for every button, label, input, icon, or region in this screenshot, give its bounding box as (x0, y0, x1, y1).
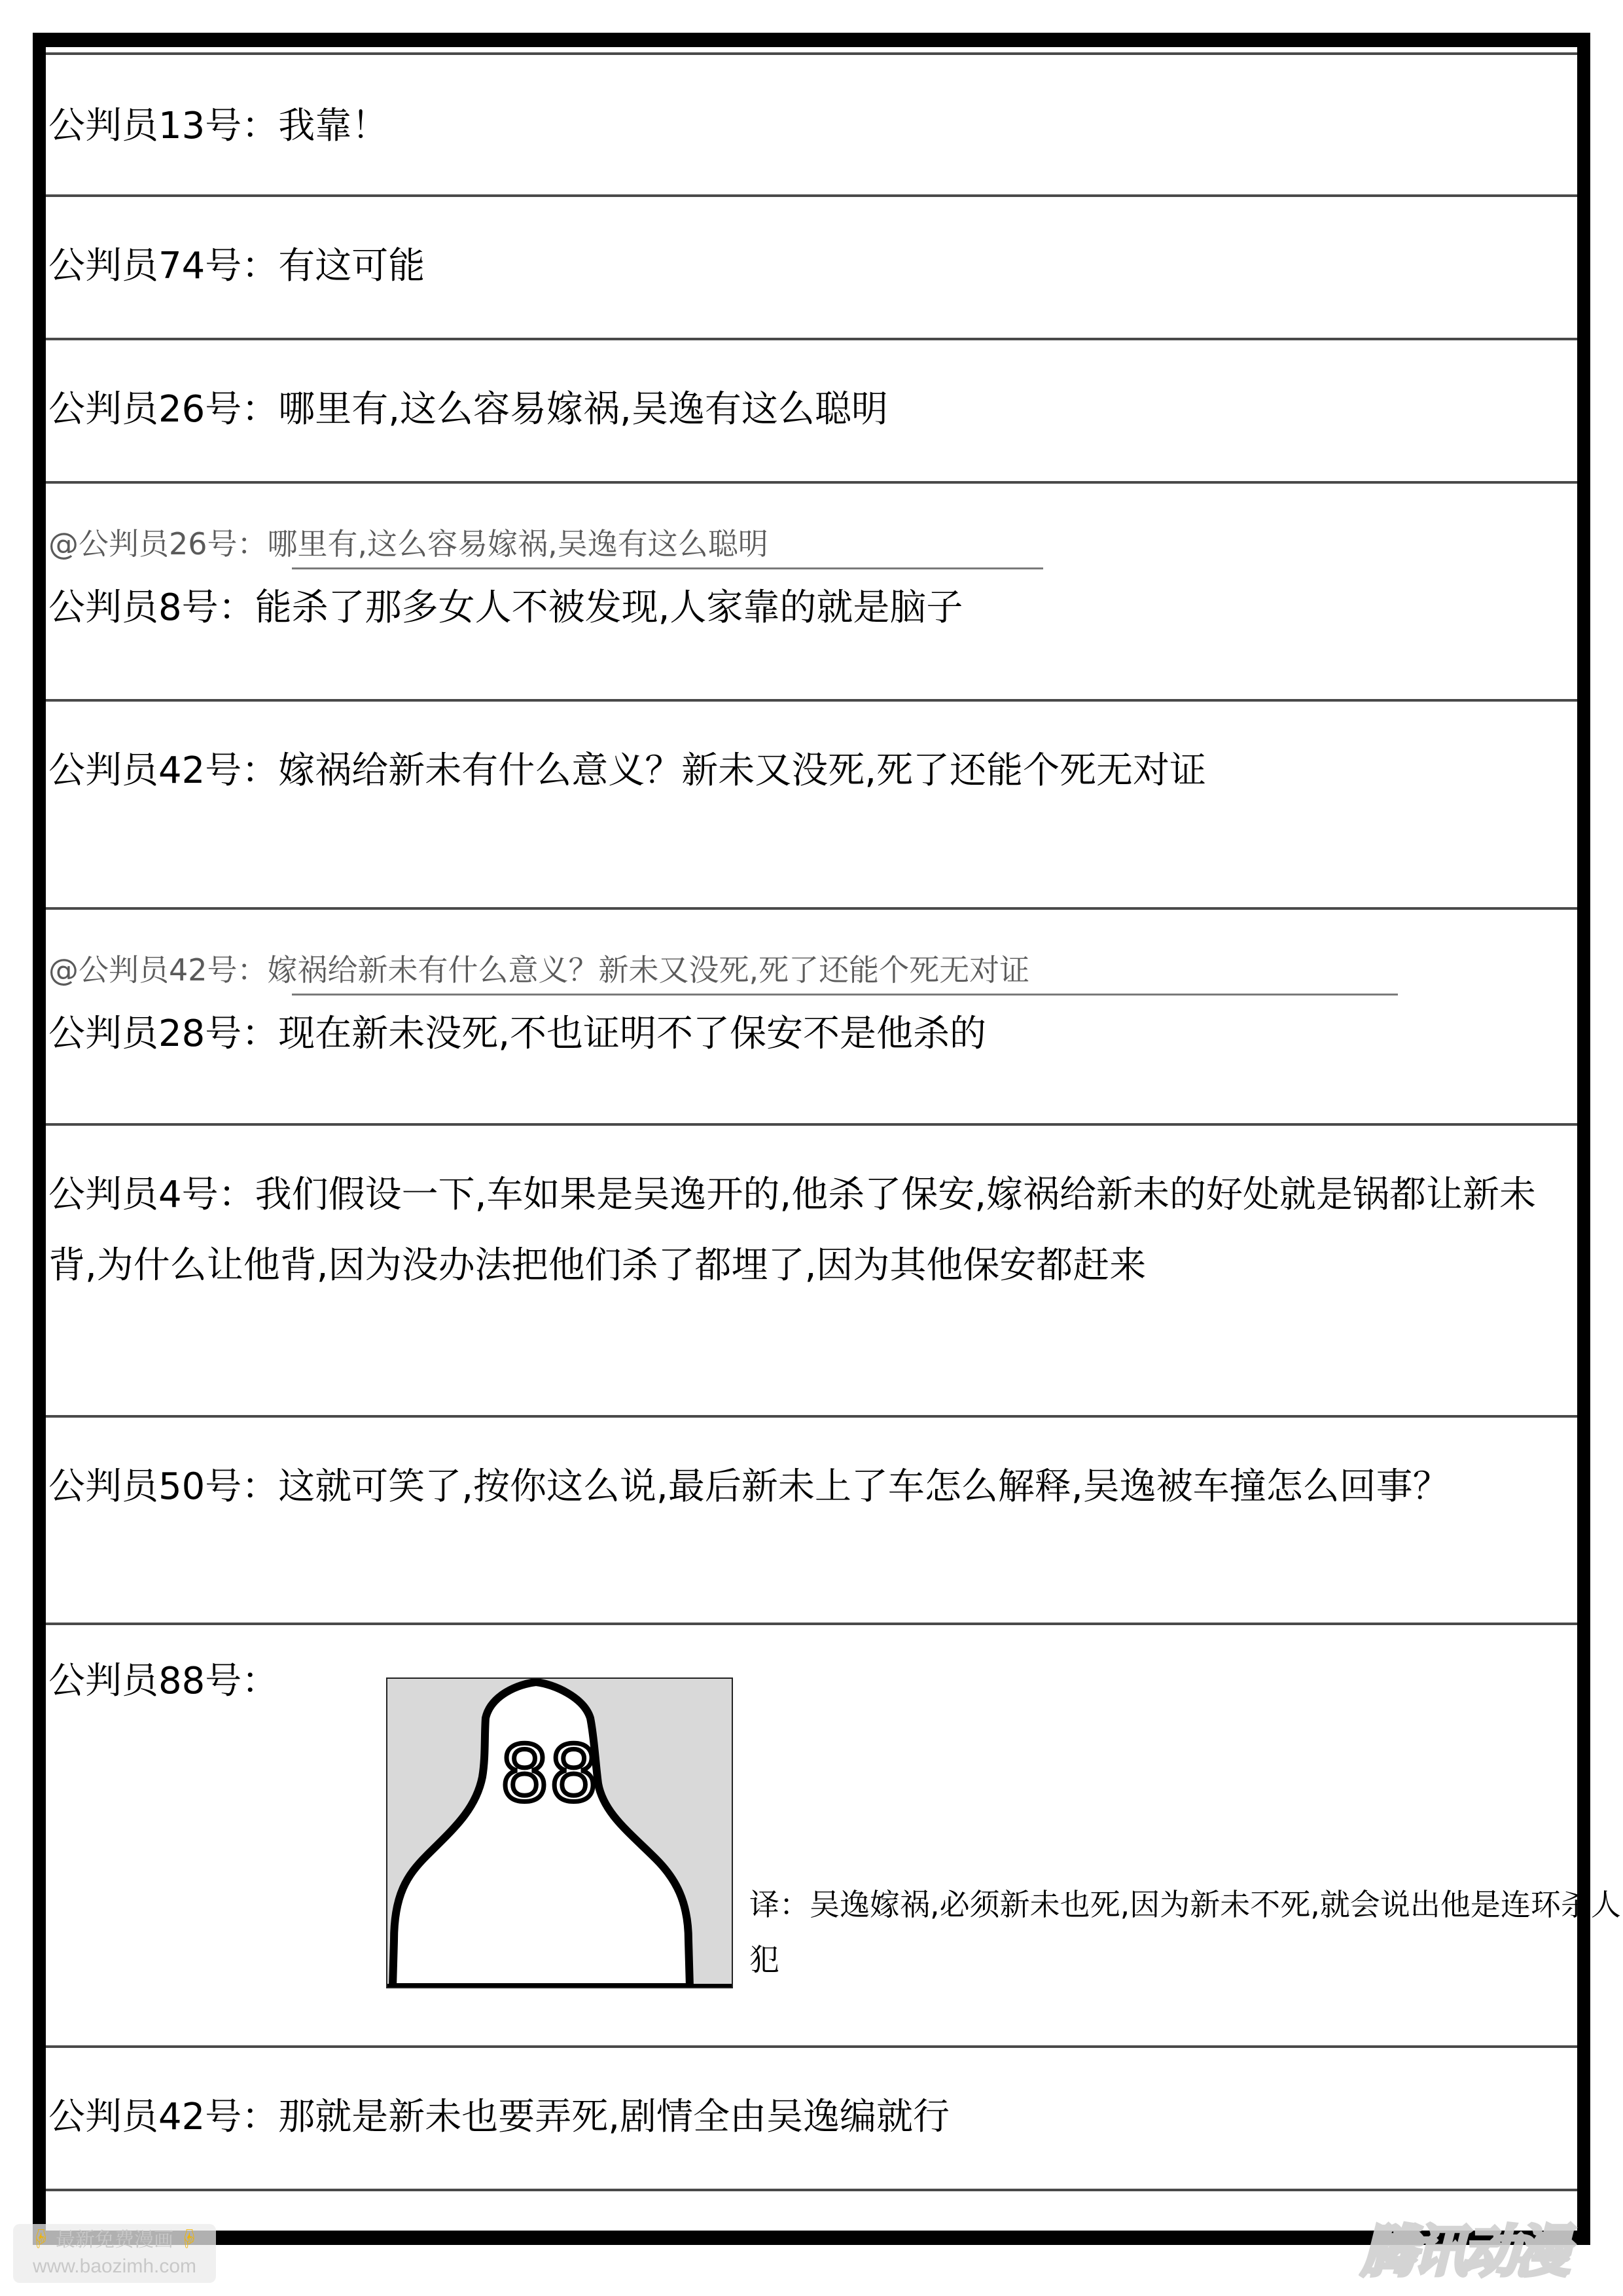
comment-text: 公判员74号：有这可能 (48, 231, 1577, 302)
comment-text: 公判员26号：哪里有,这么容易嫁祸,吴逸有这么聪明 (48, 374, 1577, 445)
baozimh-watermark: ☟ 最新免费漫画 ☟ www.baozimh.com (13, 2224, 216, 2283)
avatar-number: 88 (500, 1731, 579, 1816)
quoted-comment: @公判员42号：嫁祸给新未有什么意义？新未又没死,死了还能个死无对证 (48, 950, 1029, 990)
quote-underline (292, 994, 1398, 996)
reply-row: @公判员26号：哪里有,这么容易嫁祸,吴逸有这么聪明 公判员8号：能杀了那多女人… (46, 481, 1577, 699)
pointing-down-hand-icon: ☟ (31, 2229, 50, 2251)
silhouette-icon (387, 1679, 732, 1987)
quoted-comment: @公判员26号：哪里有,这么容易嫁祸,吴逸有这么聪明 (48, 524, 768, 564)
comment-row: 公判员42号：那就是新未也要弄死,剧情全由吴逸编就行 (46, 2045, 1577, 2189)
comment-row: 公判员42号：嫁祸给新未有什么意义？新未又没死,死了还能个死无对证 (46, 699, 1577, 907)
comment-text: 公判员4号：我们假设一下,车如果是吴逸开的,他杀了保安,嫁祸给新未的好处就是锅都… (48, 1160, 1560, 1301)
image-comment-row: 公判员88号： 88 译：吴逸嫁祸,必须新未也死,因为新未不死,就会说出他是连环… (46, 1623, 1577, 2045)
comment-text: 公判员42号：嫁祸给新未有什么意义？新未又没死,死了还能个死无对证 (48, 736, 1560, 806)
pointing-down-hand-icon: ☟ (179, 2229, 198, 2251)
comment-text: 公判员42号：那就是新未也要弄死,剧情全由吴逸编就行 (48, 2082, 1577, 2153)
comment-row: 公判员13号：我靠！ (46, 52, 1577, 194)
comment-row: 公判员26号：哪里有,这么容易嫁祸,吴逸有这么聪明 (46, 338, 1577, 481)
quote-underline (292, 567, 1043, 569)
watermark-line-1: 最新免费漫画 (56, 2229, 173, 2251)
watermark-line-2: www.baozimh.com (13, 2254, 216, 2279)
bottom-divider (46, 2189, 1577, 2191)
comment-speaker-label: 公判员88号： (48, 1646, 1577, 1717)
comment-text: 公判员8号：能杀了那多女人不被发现,人家靠的就是脑子 (48, 573, 1577, 643)
reply-row: @公判员42号：嫁祸给新未有什么意义？新未又没死,死了还能个死无对证 公判员28… (46, 907, 1577, 1123)
comment-row: 公判员74号：有这可能 (46, 194, 1577, 338)
comment-text: 公判员28号：现在新未没死,不也证明不了保安不是他杀的 (48, 999, 1577, 1069)
avatar-image: 88 (386, 1677, 733, 1988)
tencent-comic-logo: 腾讯动漫 (1361, 2215, 1616, 2287)
translation-text: 译：吴逸嫁祸,必须新未也死,因为新未不死,就会说出他是连环杀人犯 (749, 1877, 1623, 1987)
comment-text: 公判员50号：这就可笑了,按你这么说,最后新未上了车怎么解释,吴逸被车撞怎么回事… (48, 1452, 1580, 1522)
comment-text: 公判员13号：我靠！ (48, 91, 1577, 162)
comment-row: 公判员50号：这就可笑了,按你这么说,最后新未上了车怎么解释,吴逸被车撞怎么回事… (46, 1415, 1577, 1623)
comment-row: 公判员4号：我们假设一下,车如果是吴逸开的,他杀了保安,嫁祸给新未的好处就是锅都… (46, 1123, 1577, 1415)
